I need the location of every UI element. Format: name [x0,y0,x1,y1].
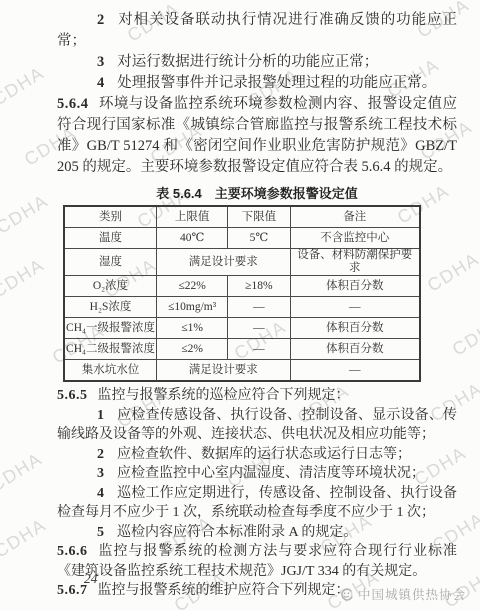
table-cell: ≤10mg/m³ [157,297,228,318]
list-item: 5巡检内容应符合本标准附录 A 的规定。 [57,523,457,543]
table-cell: 5℃ [228,228,290,249]
table-row: O₂浓度 ≤22% ≥18% 体积百分数 [64,276,420,297]
table-header-cell: 上限值 [157,206,228,228]
table-cell: ≤22% [157,276,228,297]
document-page: CDHACDHACDHACDHACDHACDHACDHACDHACDHACDHA… [0,0,480,611]
table-row: H₂S浓度 ≤10mg/m³ — — [64,297,420,318]
item-number: 2 [97,12,104,28]
table-title: 表 5.6.4 主要环境参数报警设定值 [57,183,457,202]
table-header-cell: 下限值 [228,206,290,228]
item-text: 应检查监控中心室内温湿度、清洁度等环境状况； [117,466,425,481]
table-cell: 体积百分数 [290,276,420,297]
item-text: 对运行数据进行统计分析的功能应正常； [117,54,378,70]
page-number: 24 [84,571,98,587]
table-header-cell: 类别 [64,206,157,228]
page-content: 2对相关设备联动执行情况进行准确反馈的功能应正常； 3对运行数据进行统计分析的功… [57,10,457,601]
item-number: 3 [97,466,104,481]
clause-5-6-6: 5.6.6监控与报警系统的检测方法与要求应符合现行行业标准《建筑设备监控系统工程… [57,542,457,581]
table-row: CH₄二级报警浓度 ≤2% — 体积百分数 [64,339,420,360]
list-item: 1应检查传感设备、执行设备、控制设备、显示设备、传输线路及设备等的外观、连接状态… [57,406,457,445]
watermark-text: CDHA [0,62,48,110]
watermark-text: CDHA [0,514,50,562]
env-params-table: 类别 上限值 下限值 备注 温度 40℃ 5℃ 不含监控中心 湿度 满足设计要求… [63,205,421,382]
list-item: 3对运行数据进行统计分析的功能应正常； [57,52,457,73]
table-cell: ≤2% [157,339,228,360]
list-item: 4巡检工作应定期进行，传感设备、控制设备、执行设备检查每月不应少于 1 次，系统… [57,484,457,523]
item-number: 2 [97,447,104,462]
lower-section: 5.6.5监控与报警系统的巡检应符合下列规定： 1应检查传感设备、执行设备、控制… [57,386,457,601]
list-item: 4处理报警事件并记录报警处理过程的功能应正常。 [57,73,457,94]
clause-5-6-4: 5.6.4环境与设备监控系统环境参数检测内容、报警设定值应符合现行国家标准《城镇… [57,94,457,178]
table-header-cell: 备注 [290,206,420,228]
association-logo-icon [339,587,354,602]
clause-5-6-5: 5.6.5监控与报警系统的巡检应符合下列规定： [57,386,457,406]
table-cell: CH₄一级报警浓度 [64,318,157,339]
list-item: 2应检查软件、数据库的运行状态或运行日志等； [57,445,457,465]
watermark-text: CDHA [0,254,48,302]
footer-organization: 中国城镇供热协会 [339,585,466,603]
table-row: CH₄一级报警浓度 ≤1% — 体积百分数 [64,318,420,339]
table-header-row: 类别 上限值 下限值 备注 [64,206,420,228]
item-text: 对相关设备联动执行情况进行准确反馈的功能应正常； [57,12,457,49]
table-cell: 体积百分数 [290,339,420,360]
table-cell: ≤1% [157,318,228,339]
table-cell: 设备、材料防潮保护要求 [290,249,420,276]
table-cell: — [290,297,420,318]
clause-number: 5.6.5 [57,388,88,403]
table-cell: 满足设计要求 [157,249,290,276]
table-cell: 不含监控中心 [290,228,420,249]
list-item: 3应检查监控中心室内温湿度、清洁度等环境状况； [57,464,457,484]
table-cell: 40℃ [157,228,228,249]
table-cell: — [228,297,290,318]
clause-text: 监控与报警系统的巡检应符合下列规定： [98,388,350,403]
table-cell: — [228,339,290,360]
table-cell: — [228,318,290,339]
table-cell: ≥18% [228,276,290,297]
table-cell: 湿度 [64,249,157,276]
item-number: 3 [97,54,104,70]
clause-text: 环境与设备监控系统环境参数检测内容、报警设定值应符合现行国家标准《城镇综合管廊监… [57,96,457,175]
item-text: 应检查传感设备、执行设备、控制设备、显示设备、传输线路及设备等的外观、连接状态、… [57,408,457,443]
table-cell: O₂浓度 [64,276,157,297]
table-cell: 满足设计要求 [157,360,290,382]
item-number: 4 [97,75,104,91]
item-text: 巡检工作应定期进行，传感设备、控制设备、执行设备检查每月不应少于 1 次，系统联… [57,486,457,521]
item-text: 处理报警事件并记录报警处理过程的功能应正常。 [117,75,436,91]
clause-text: 监控与报警系统的检测方法与要求应符合现行行业标准《建筑设备监控系统工程技术规范》… [57,544,457,579]
table-row: 温度 40℃ 5℃ 不含监控中心 [64,228,420,249]
item-number: 4 [97,486,104,501]
item-number: 5 [97,525,104,540]
clause-text: 监控与报警系统的维护应符合下列规定： [98,583,350,598]
item-text: 巡检内容应符合本标准附录 A 的规定。 [117,525,357,540]
table-row: 湿度 满足设计要求 设备、材料防潮保护要求 [64,249,420,276]
watermark-text: CDHA [0,190,52,238]
clause-number: 5.6.6 [57,544,88,559]
item-text: 应检查软件、数据库的运行状态或运行日志等； [117,447,411,462]
table-cell: CH₄二级报警浓度 [64,339,157,360]
clause-number: 5.6.4 [57,96,89,112]
footer-org-name: 中国城镇供热协会 [358,585,466,603]
list-item: 2对相关设备联动执行情况进行准确反馈的功能应正常； [57,10,457,52]
table-cell: 集水坑水位 [64,360,157,382]
table-cell: 温度 [64,228,157,249]
clause-number: 5.6.7 [57,583,88,598]
table-cell: 体积百分数 [290,318,420,339]
table-cell: H₂S浓度 [64,297,157,318]
table-row: 集水坑水位 满足设计要求 — [64,360,420,382]
table-cell: — [290,360,420,382]
watermark-text: CDHA [0,448,46,496]
item-number: 1 [97,408,104,423]
